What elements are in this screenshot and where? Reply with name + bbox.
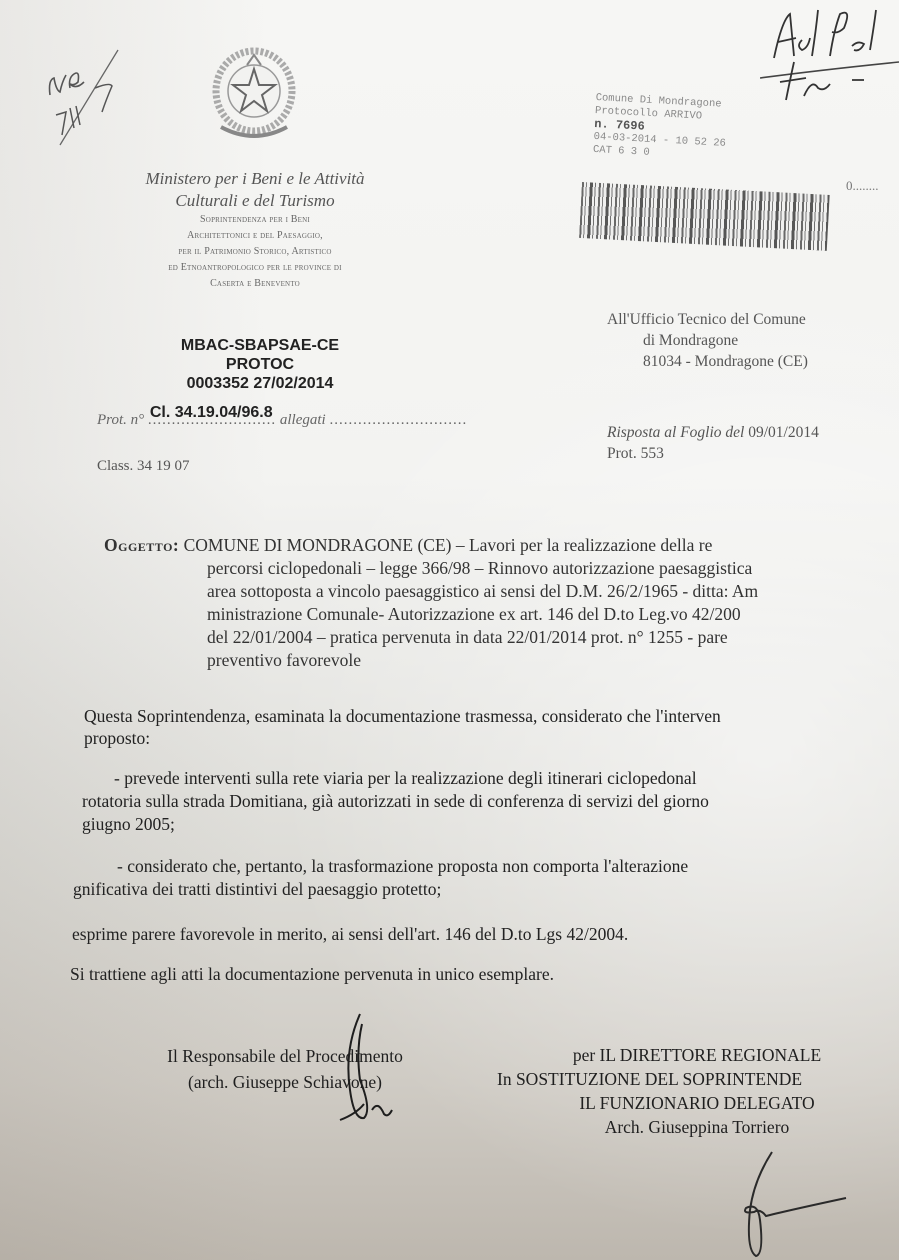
handwritten-annotation-top-right xyxy=(760,0,899,110)
body-intro: Questa Soprintendenza, esaminata la docu… xyxy=(84,706,721,727)
subject-line: preventivo favorevole xyxy=(207,649,361,672)
subject-line: del 22/01/2004 – pratica pervenuta in da… xyxy=(207,626,728,649)
handwritten-annotation-top-left xyxy=(40,40,150,150)
office-line: Caserta e Benevento xyxy=(90,276,420,292)
body-bullet-1: giugno 2005; xyxy=(82,814,175,835)
signatory-line: IL FUNZIONARIO DELEGATO xyxy=(497,1091,897,1115)
italian-republic-emblem-icon xyxy=(207,45,301,145)
protocol-stamp: MBAC-SBAPSAE-CE PROTOC 0003352 27/02/201… xyxy=(145,336,375,393)
prot-label: Prot. n° xyxy=(97,412,144,428)
allegati-label: allegati xyxy=(280,412,326,428)
body-bullet-2: gnificativa dei tratti distintivi del pa… xyxy=(73,879,441,900)
ministry-name-line2: Culturali e del Turismo xyxy=(90,190,420,212)
reply-reference: Risposta al Foglio del 09/01/2014 Prot. … xyxy=(607,422,819,464)
handwritten-signature-right xyxy=(720,1150,860,1260)
body-bullet-1: - prevede interventi sulla rete viaria p… xyxy=(114,768,697,789)
protocol-line: 0003352 27/02/2014 xyxy=(145,374,375,393)
subject-label: Oggetto: xyxy=(104,535,179,555)
signatory-line: per IL DIRETTORE REGIONALE xyxy=(497,1043,897,1067)
reply-label: Risposta al Foglio del xyxy=(607,424,744,441)
addressee: All'Ufficio Tecnico del Comune di Mondra… xyxy=(607,309,808,372)
body-conclusion: esprime parere favorevole in merito, ai … xyxy=(72,924,628,945)
signature-block-right: per IL DIRETTORE REGIONALE In SOSTITUZIO… xyxy=(497,1043,897,1139)
classification: Class. 34 19 07 xyxy=(97,458,190,475)
body-bullet-1: rotatoria sulla strada Domitiana, già au… xyxy=(82,791,709,812)
addressee-line: di Mondragone xyxy=(607,330,808,351)
ministry-header: Ministero per i Beni e le Attività Cultu… xyxy=(90,168,420,292)
office-line: ed Etnoantropologico per le province di xyxy=(90,260,420,276)
office-line: per il Patrimonio Storico, Artistico xyxy=(90,244,420,260)
allegati-dots: ............................. xyxy=(329,412,467,428)
reply-date: 09/01/2014 xyxy=(748,424,819,441)
signatory-line: In SOSTITUZIONE DEL SOPRINTENDE xyxy=(497,1067,897,1091)
body-bullet-2: - considerato che, pertanto, la trasform… xyxy=(117,856,688,877)
subject-line: COMUNE DI MONDRAGONE (CE) – Lavori per l… xyxy=(184,535,713,555)
arrival-stamp: Comune Di Mondragone Protocollo ARRIVO n… xyxy=(593,92,729,164)
addressee-line: All'Ufficio Tecnico del Comune xyxy=(607,309,808,330)
ministry-name-line1: Ministero per i Beni e le Attività xyxy=(90,168,420,190)
barcode-icon xyxy=(579,182,830,251)
prot-value: Cl. 34.19.04/96.8 xyxy=(150,404,273,422)
stamp-trailing-mark: 0........ xyxy=(846,178,879,194)
protocol-line: MBAC-SBAPSAE-CE xyxy=(145,336,375,355)
subject-line: ministrazione Comunale- Autorizzazione e… xyxy=(207,603,741,626)
handwritten-signature-left xyxy=(300,1010,420,1130)
addressee-line: 81034 - Mondragone (CE) xyxy=(607,351,808,372)
signatory-name: Arch. Giuseppina Torriero xyxy=(497,1115,897,1139)
reply-prot: Prot. 553 xyxy=(607,443,819,464)
body-intro: proposto: xyxy=(84,728,150,749)
office-line: Soprintendenza per i Beni xyxy=(90,212,420,228)
subject-line: area sottoposta a vincolo paesaggistico … xyxy=(207,580,758,603)
office-line: Architettonici e del Paesaggio, xyxy=(90,228,420,244)
protocol-line: PROTOC xyxy=(145,355,375,374)
subject-line: percorsi ciclopedonali – legge 366/98 – … xyxy=(207,557,752,580)
protocol-number-line: Prot. n° ........................... Cl.… xyxy=(97,412,467,429)
body-retention: Si trattiene agli atti la documentazione… xyxy=(70,964,554,985)
